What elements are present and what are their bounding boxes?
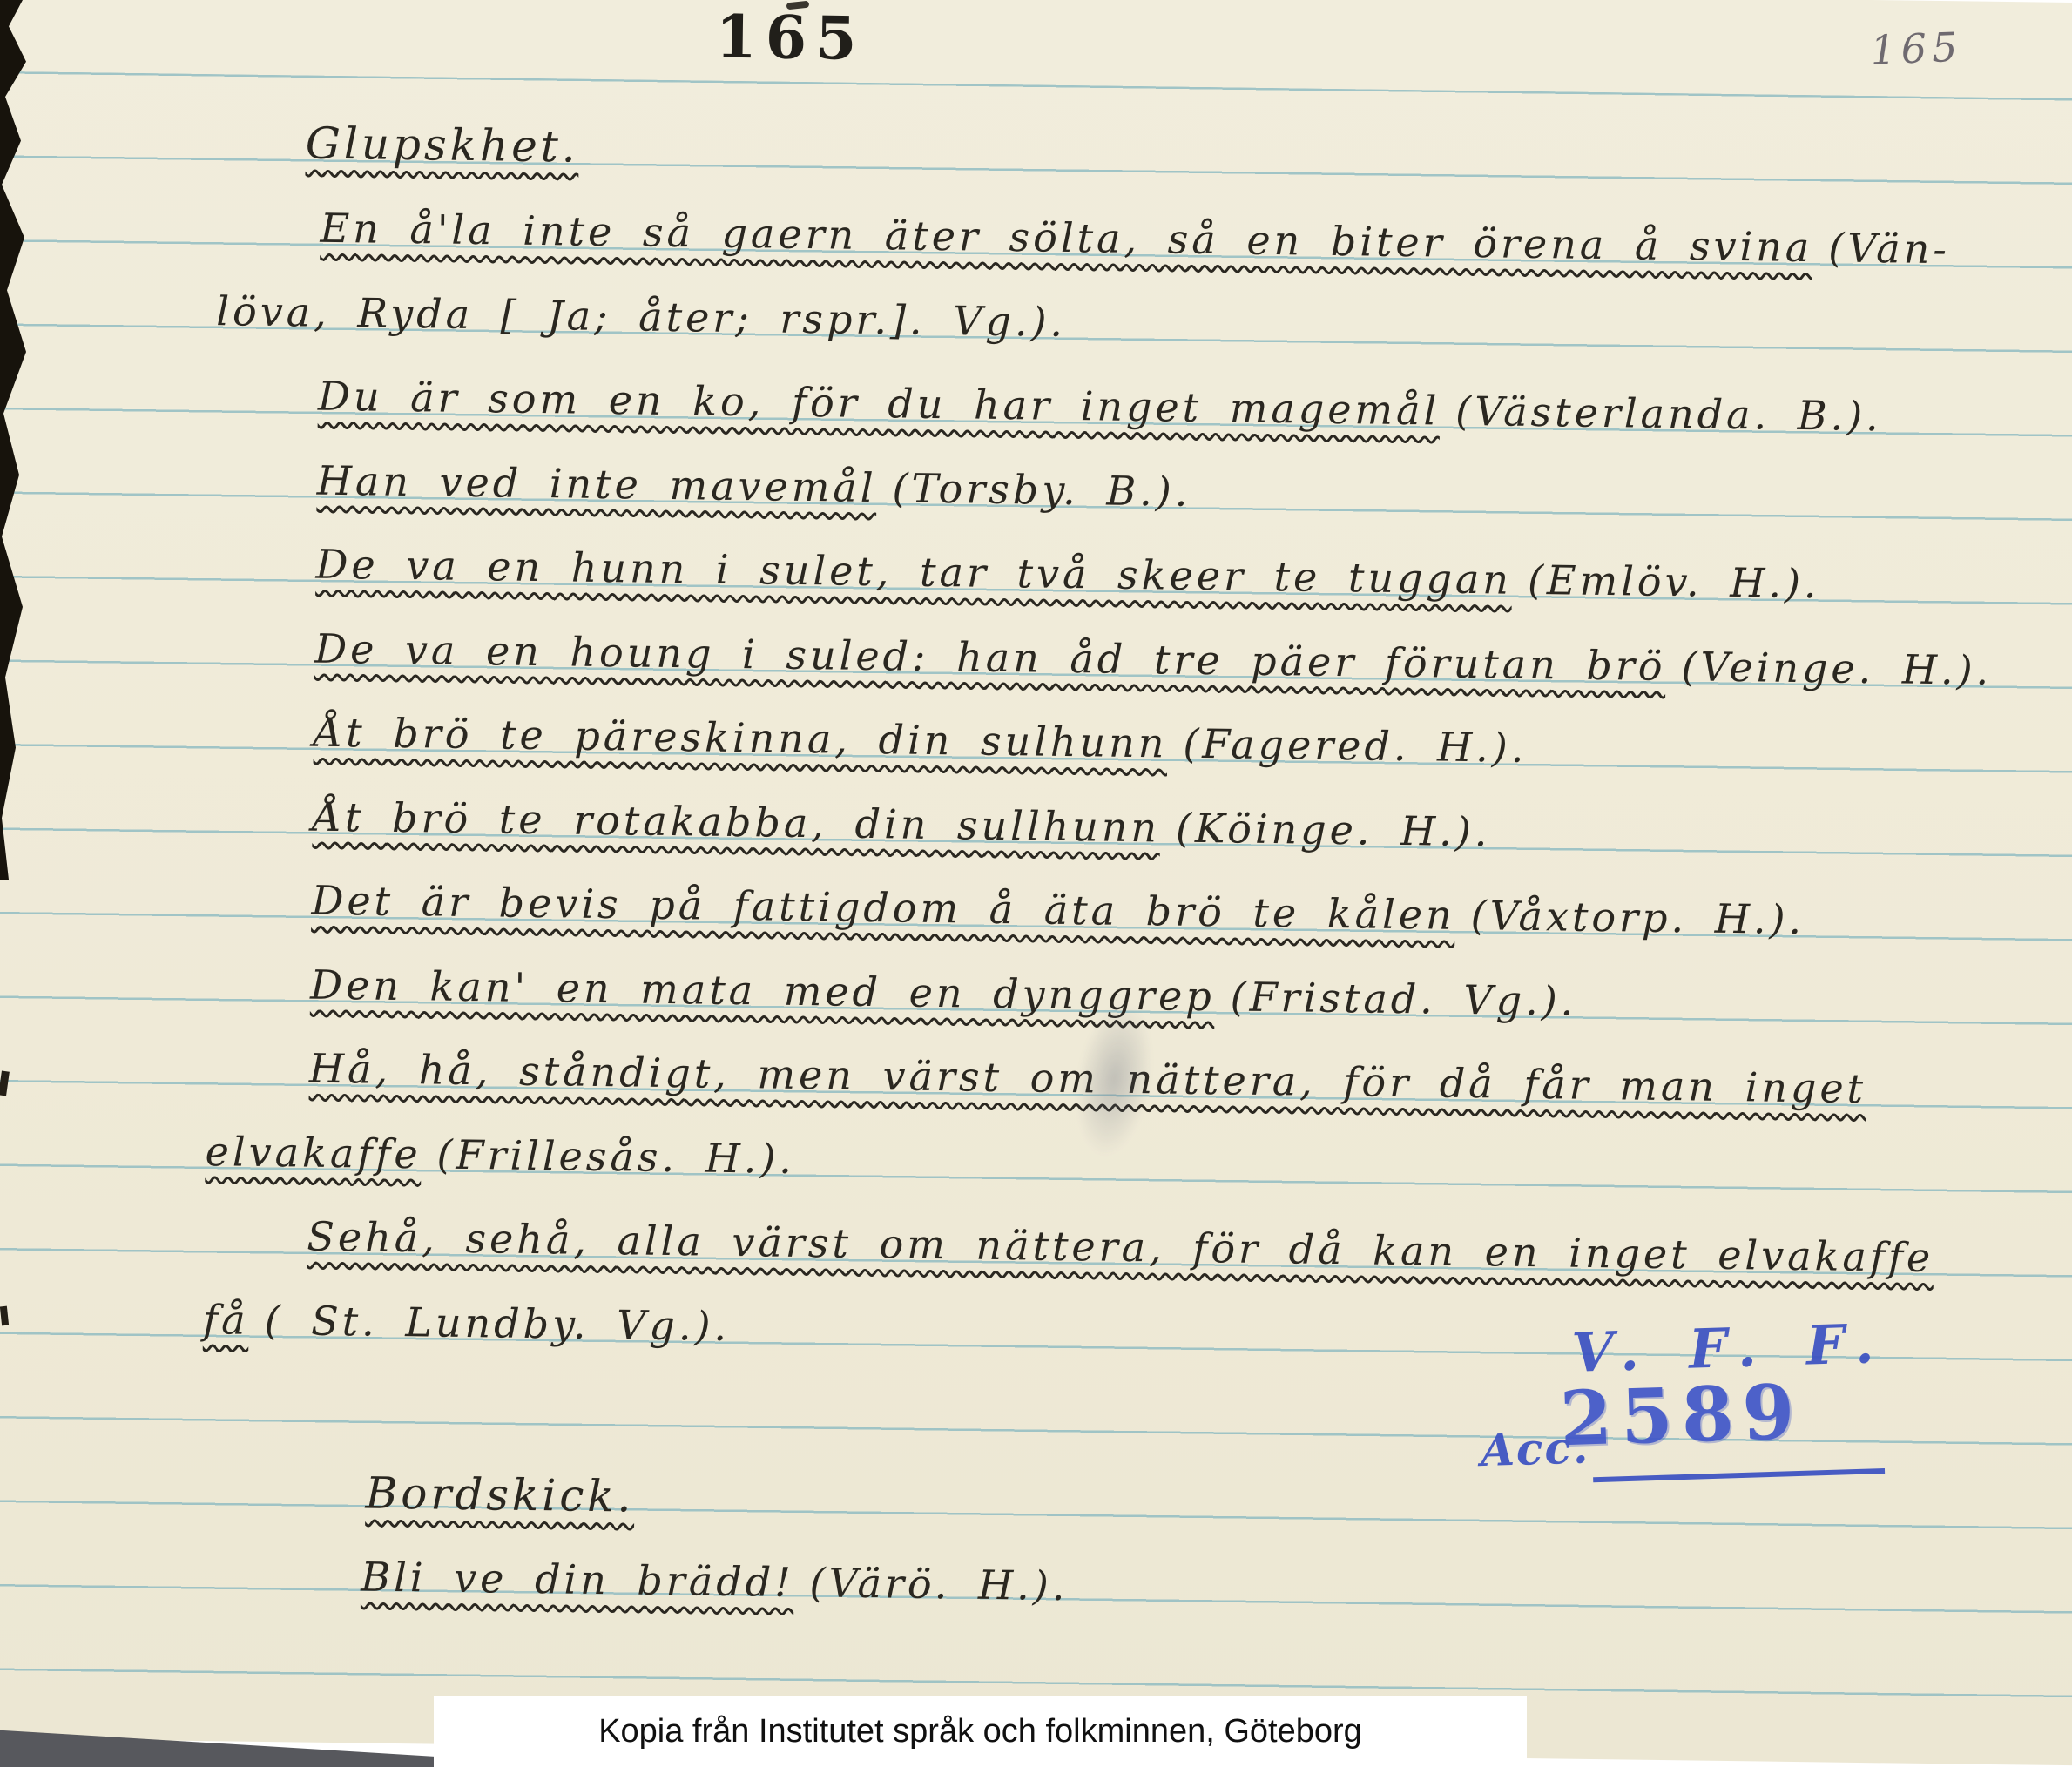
proverb-source: (Emlöv. H.). <box>1528 556 1820 607</box>
proverb-text: De va en hunn i sulet, tar två skeer te … <box>315 541 1512 604</box>
proverb-text: Han ved inte mavemål <box>316 456 876 510</box>
proverb-text: få <box>203 1296 249 1344</box>
stamp-acc-label: Acc. <box>1480 1421 1590 1476</box>
proverb-source: (Fristad. Vg.). <box>1230 973 1576 1024</box>
proverb-text: Åt brö te rotakabba, din sullhunn <box>312 792 1160 851</box>
photocopy-label: Kopia från Institutet språk och folkminn… <box>434 1696 1527 1767</box>
proverb-text: Bli ve din brädd! <box>361 1553 794 1606</box>
proverb-list: En å'la inte så gaern äter sölta, så en … <box>203 185 1999 1385</box>
paper-sheet: 165 165 Glupskhet. En å'la inte så gaern… <box>0 0 2072 1765</box>
proverb-source: (Veinge. H.). <box>1681 643 1992 694</box>
proverb-source <box>1082 299 1083 346</box>
proverb-source <box>1949 1234 1950 1281</box>
proverb-text: Åt brö te päreskinna, din sulhunn <box>314 709 1168 767</box>
archive-stamp: V. F. F. 2589 Acc. <box>1477 1313 1957 1515</box>
bordskick-list: Bli ve din brädd!(Värö. H.). <box>361 1534 1069 1628</box>
proverb-text: Det är bevis på fattigdom å äta brö te k… <box>311 877 1455 939</box>
stamp-accession-number: 2589 <box>1559 1368 1805 1463</box>
printed-page-number: 165 <box>715 3 866 74</box>
proverb-text: Den kan' en mata med en dynggrep <box>310 961 1215 1020</box>
proverb-source: (Värö. H.). <box>809 1559 1068 1609</box>
proverb-source: (Västerlanda. B.). <box>1455 388 1882 440</box>
proverb-source: (Köinge. H.). <box>1176 804 1491 855</box>
proverb-text: En å'la inte så gaern äter sölta, så en … <box>320 205 1812 271</box>
photocopy-caption: Kopia från Institutet språk och folkminn… <box>598 1713 1362 1750</box>
scanned-document-page: { "colors": { "paper": "#f0ecdb", "rulin… <box>0 0 2072 1767</box>
proverb-text: elvakaffe <box>205 1128 422 1177</box>
section-heading-glupskhet: Glupskhet. <box>305 101 579 189</box>
handwritten-page-number: 165 <box>1869 24 1963 74</box>
proverb-text: De va en houng i suled: han åd tre päer … <box>314 624 1666 689</box>
proverb-line: Bli ve din brädd!(Värö. H.). <box>361 1534 1069 1628</box>
proverb-source: (Vän- <box>1828 224 1950 273</box>
proverb-source: (Torsby. B.). <box>892 464 1191 515</box>
proverb-source: (Fagered. H.). <box>1183 720 1528 772</box>
section-heading-bordskick: Bordskick. <box>365 1452 635 1540</box>
proverb-source: ( St. Lundby. Vg.). <box>264 1296 730 1349</box>
proverb-text: Du är som en ko, för du har inget magemå… <box>318 373 1441 435</box>
proverb-source: (Frillesås. H.). <box>436 1130 795 1182</box>
proverb-source: (Våxtorp. H.). <box>1470 892 1805 943</box>
proverb-source <box>1882 1065 1883 1112</box>
stamp-underline <box>1593 1468 1885 1482</box>
proverb-text: Sehå, sehå, alla värst om nättera, för d… <box>307 1213 1934 1281</box>
proverb-text: löva, Ryda [ Ja; åter; rspr.]. Vg.). <box>216 287 1066 346</box>
